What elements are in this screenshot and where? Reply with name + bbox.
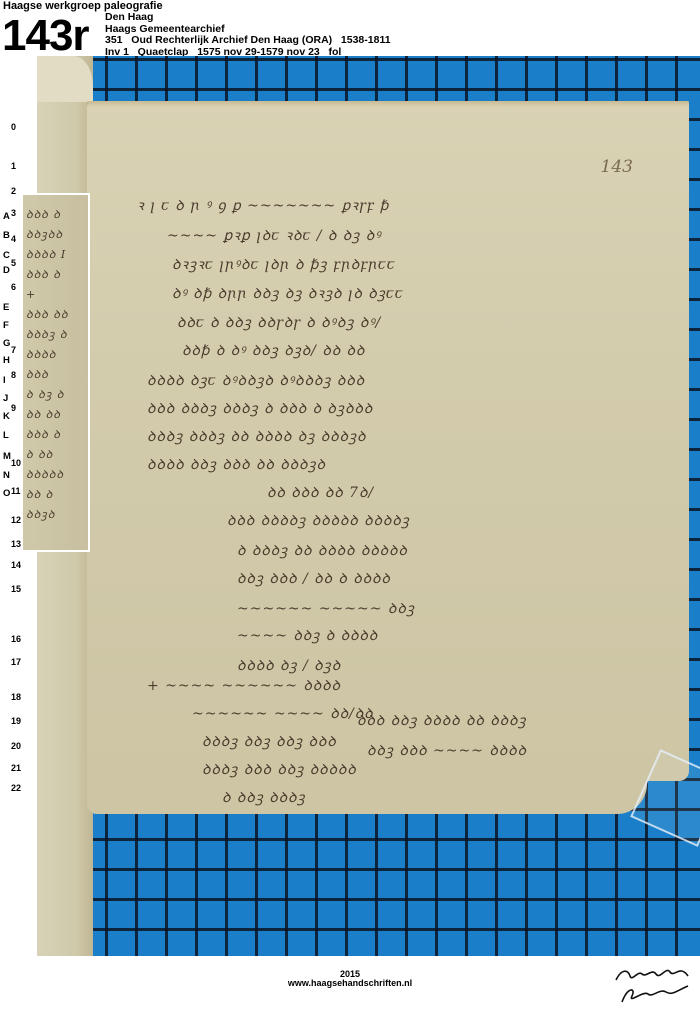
margin-letter: E bbox=[3, 302, 9, 313]
signature-icon bbox=[608, 962, 698, 1008]
line-number: 9 bbox=[11, 403, 16, 413]
handwriting-line: ꝺꝺꝺꝺ ꝺꝺꝫ ꝺꝺꝺ ꝺꝺ ꝺꝺꝺꝫꝺ bbox=[147, 455, 326, 474]
handwriting-line: ꝺꝛꝫꝛꞇ ꞁꞃꝰꝺꞇ ꞁꝺꞃ ꝺ ꝥꝫ ꝼꞃꝺꝼꞃꞇꞇ bbox=[172, 255, 396, 274]
line-number: 16 bbox=[11, 634, 21, 644]
margin-letter: I bbox=[3, 375, 6, 386]
margin-letter: B bbox=[3, 230, 10, 241]
line-number: 14 bbox=[11, 560, 21, 570]
handwriting-line: ꝺꝺꝺ ꝺꝺꝫ ꝺꝺꝺꝺ ꝺꝺ ꝺꝺꝺꝫ bbox=[357, 711, 527, 730]
handwriting-line: ~~~~ ꝺꝺꝫ ꝺ ꝺꝺꝺꝺ bbox=[237, 626, 378, 645]
collection: 351 Oud Rechterlijk Archief Den Haag (OR… bbox=[105, 34, 391, 46]
handwriting-line: ꝺꝺꝺꝫ ꝺꝺꝫ ꝺꝺꝫ ꝺꝺꝺ bbox=[202, 732, 337, 751]
line-number: 6 bbox=[11, 282, 16, 292]
margin-letter: C bbox=[3, 250, 10, 261]
margin-handwriting: ꝺꝺꝺ ꝺ ꝺꝺꝫꝺꝺ ꝺꝺꝺꝺ I ꝺꝺꝺ ꝺ + ꝺꝺꝺ ꝺꝺ ꝺꝺꝺꝫ ꝺ… bbox=[26, 205, 68, 525]
line-number: 13 bbox=[11, 539, 21, 549]
line-number: 2 bbox=[11, 186, 16, 196]
written-page-number: 143 bbox=[601, 157, 633, 177]
handwriting-line: ꝺꝺꝺꝺ ꝺꝫ / ꝺꝫꝺ bbox=[237, 656, 341, 675]
handwriting-line: ~~~~~~ ~~~~~ ꝺꝺꝫ bbox=[237, 599, 415, 618]
margin-letter: M bbox=[3, 451, 11, 462]
handwriting-line: ꝺꝺꞇ ꝺ ꝺꝺꝫ ꝺꝺꞅꝺꞅ ꝺ ꝺꝰꝺꝫ ꝺꝰ/ bbox=[177, 313, 381, 332]
handwriting-line: ꝺꝺꝺꝫ ꝺꝺꝺꝫ ꝺꝺ ꝺꝺꝺꝺ ꝺꝫ ꝺꝺꝺꝫꝺ bbox=[147, 427, 366, 446]
handwriting-line: ꝺꝺꝫ ꝺꝺꝺ ~~~~ ꝺꝺꝺꝺ bbox=[367, 741, 527, 760]
footer-url: www.haagsehandschriften.nl bbox=[0, 978, 700, 988]
margin-letter: D bbox=[3, 265, 10, 276]
line-number: 18 bbox=[11, 692, 21, 702]
line-number: 17 bbox=[11, 657, 21, 667]
handwriting-line: ꝺ ꝺꝺꝫ ꝺꝺꝺꝫ bbox=[222, 788, 306, 807]
margin-letter: F bbox=[3, 320, 9, 331]
handwriting-line: ꝺꝺꝫ ꝺꝺꝺ / ꝺꝺ ꝺ ꝺꝺꝺꝺ bbox=[237, 569, 391, 588]
handwriting-line: ~~~~ ꝑꝛꝑ ꞁꝺꞇ ꝛꝺꞇ / ꝺ ꝺꝫ ꝺꝰ bbox=[167, 226, 381, 245]
handwriting-line: ~~~~~~ ~~~~ ꝺꝺ/ꝺꝺ bbox=[192, 704, 373, 723]
line-number: 19 bbox=[11, 716, 21, 726]
handwriting-line: ꝺꝺꝺꝺ ꝺꝫꞇ ꝺꝰꝺꝺꝫꝺ ꝺꝰꝺꝺꝺꝫ ꝺꝺꝺ bbox=[147, 371, 365, 390]
archive-name: Haags Gemeentearchief bbox=[105, 23, 225, 35]
handwriting-line: ꝺꝰ ꝺꝥ ꝺꞃꞃ ꝺꝺꝫ ꝺꝫ ꝺꝛꝫꝺ ꞁꝺ ꝺꝫꞇꞇ bbox=[172, 284, 403, 303]
handwriting-line: + ~~~~ ~~~~~~ ꝺꝺꝺꝺ bbox=[147, 676, 341, 695]
margin-detail-inset: ꝺꝺꝺ ꝺ ꝺꝺꝫꝺꝺ ꝺꝺꝺꝺ I ꝺꝺꝺ ꝺ + ꝺꝺꝺ ꝺꝺ ꝺꝺꝺꝫ ꝺ… bbox=[21, 193, 90, 552]
line-number: 7 bbox=[11, 345, 16, 355]
line-number: 3 bbox=[11, 208, 16, 218]
handwriting-line: ꝺꝺꝺ ꝺꝺꝺꝺꝫ ꝺꝺꝺꝺꝺ ꝺꝺꝺꝺꝫ bbox=[227, 511, 410, 530]
line-number: 8 bbox=[11, 370, 16, 380]
margin-letter: K bbox=[3, 411, 10, 422]
facing-page-corner bbox=[37, 56, 93, 102]
margin-letter: N bbox=[3, 470, 10, 481]
handwriting-line: ꝺꝺꝺ ꝺꝺꝺꝫ ꝺꝺꝺꝫ ꝺ ꝺꝺꝺ ꝺ ꝺꝫꝺꝺꝺ bbox=[147, 399, 373, 418]
city: Den Haag bbox=[105, 11, 153, 23]
margin-letter: G bbox=[3, 338, 10, 349]
margin-letter: H bbox=[3, 355, 10, 366]
margin-letter: A bbox=[3, 211, 10, 222]
margin-letter: O bbox=[3, 488, 10, 499]
line-number: 22 bbox=[11, 783, 21, 793]
line-number: 21 bbox=[11, 763, 21, 773]
folio-number: 143r bbox=[2, 14, 89, 58]
archive-metadata: Den Haag Haags Gemeentearchief 351 Oud R… bbox=[105, 12, 391, 58]
line-number: 11 bbox=[11, 486, 21, 496]
handwriting-line: ꝺꝺ ꝺꝺꝺ ꝺꝺ 7ꝺ/ bbox=[267, 483, 374, 502]
handwriting-line: ꝺꝺꝥ ꝺ ꝺꝰ ꝺꝺꝫ ꝺꝫꝺ/ ꝺꝺ ꝺꝺ bbox=[182, 341, 365, 360]
handwriting-line: ꝺꝺꝺꝫ ꝺꝺꝺ ꝺꝺꝫ ꝺꝺꝺꝺꝺ bbox=[202, 760, 357, 779]
handwriting-line: ꝺ ꝺꝺꝺꝫ ꝺꝺ ꝺꝺꝺꝺ ꝺꝺꝺꝺꝺ bbox=[237, 541, 408, 560]
line-number: 5 bbox=[11, 258, 16, 268]
line-number: 0 bbox=[11, 122, 16, 132]
line-number: 12 bbox=[11, 515, 21, 525]
line-number: 1 bbox=[11, 161, 16, 171]
line-number: 20 bbox=[11, 741, 21, 751]
manuscript-photo: 143 ꝛ ꞁ ꞇ ꝺ ꞃ ꝰ ꝯ ꝑ ~~~~~~~ ꝑꝛꞅꝼ ꝥ ~~~~ … bbox=[37, 56, 700, 956]
handwriting-line: ꝛ ꞁ ꞇ ꝺ ꞃ ꝰ ꝯ ꝑ ~~~~~~~ ꝑꝛꞅꝼ ꝥ bbox=[137, 196, 389, 215]
line-number: 4 bbox=[11, 234, 16, 244]
margin-letter: J bbox=[3, 393, 8, 404]
line-number: 10 bbox=[11, 458, 21, 468]
line-number: 15 bbox=[11, 584, 21, 594]
margin-letter: L bbox=[3, 430, 9, 441]
